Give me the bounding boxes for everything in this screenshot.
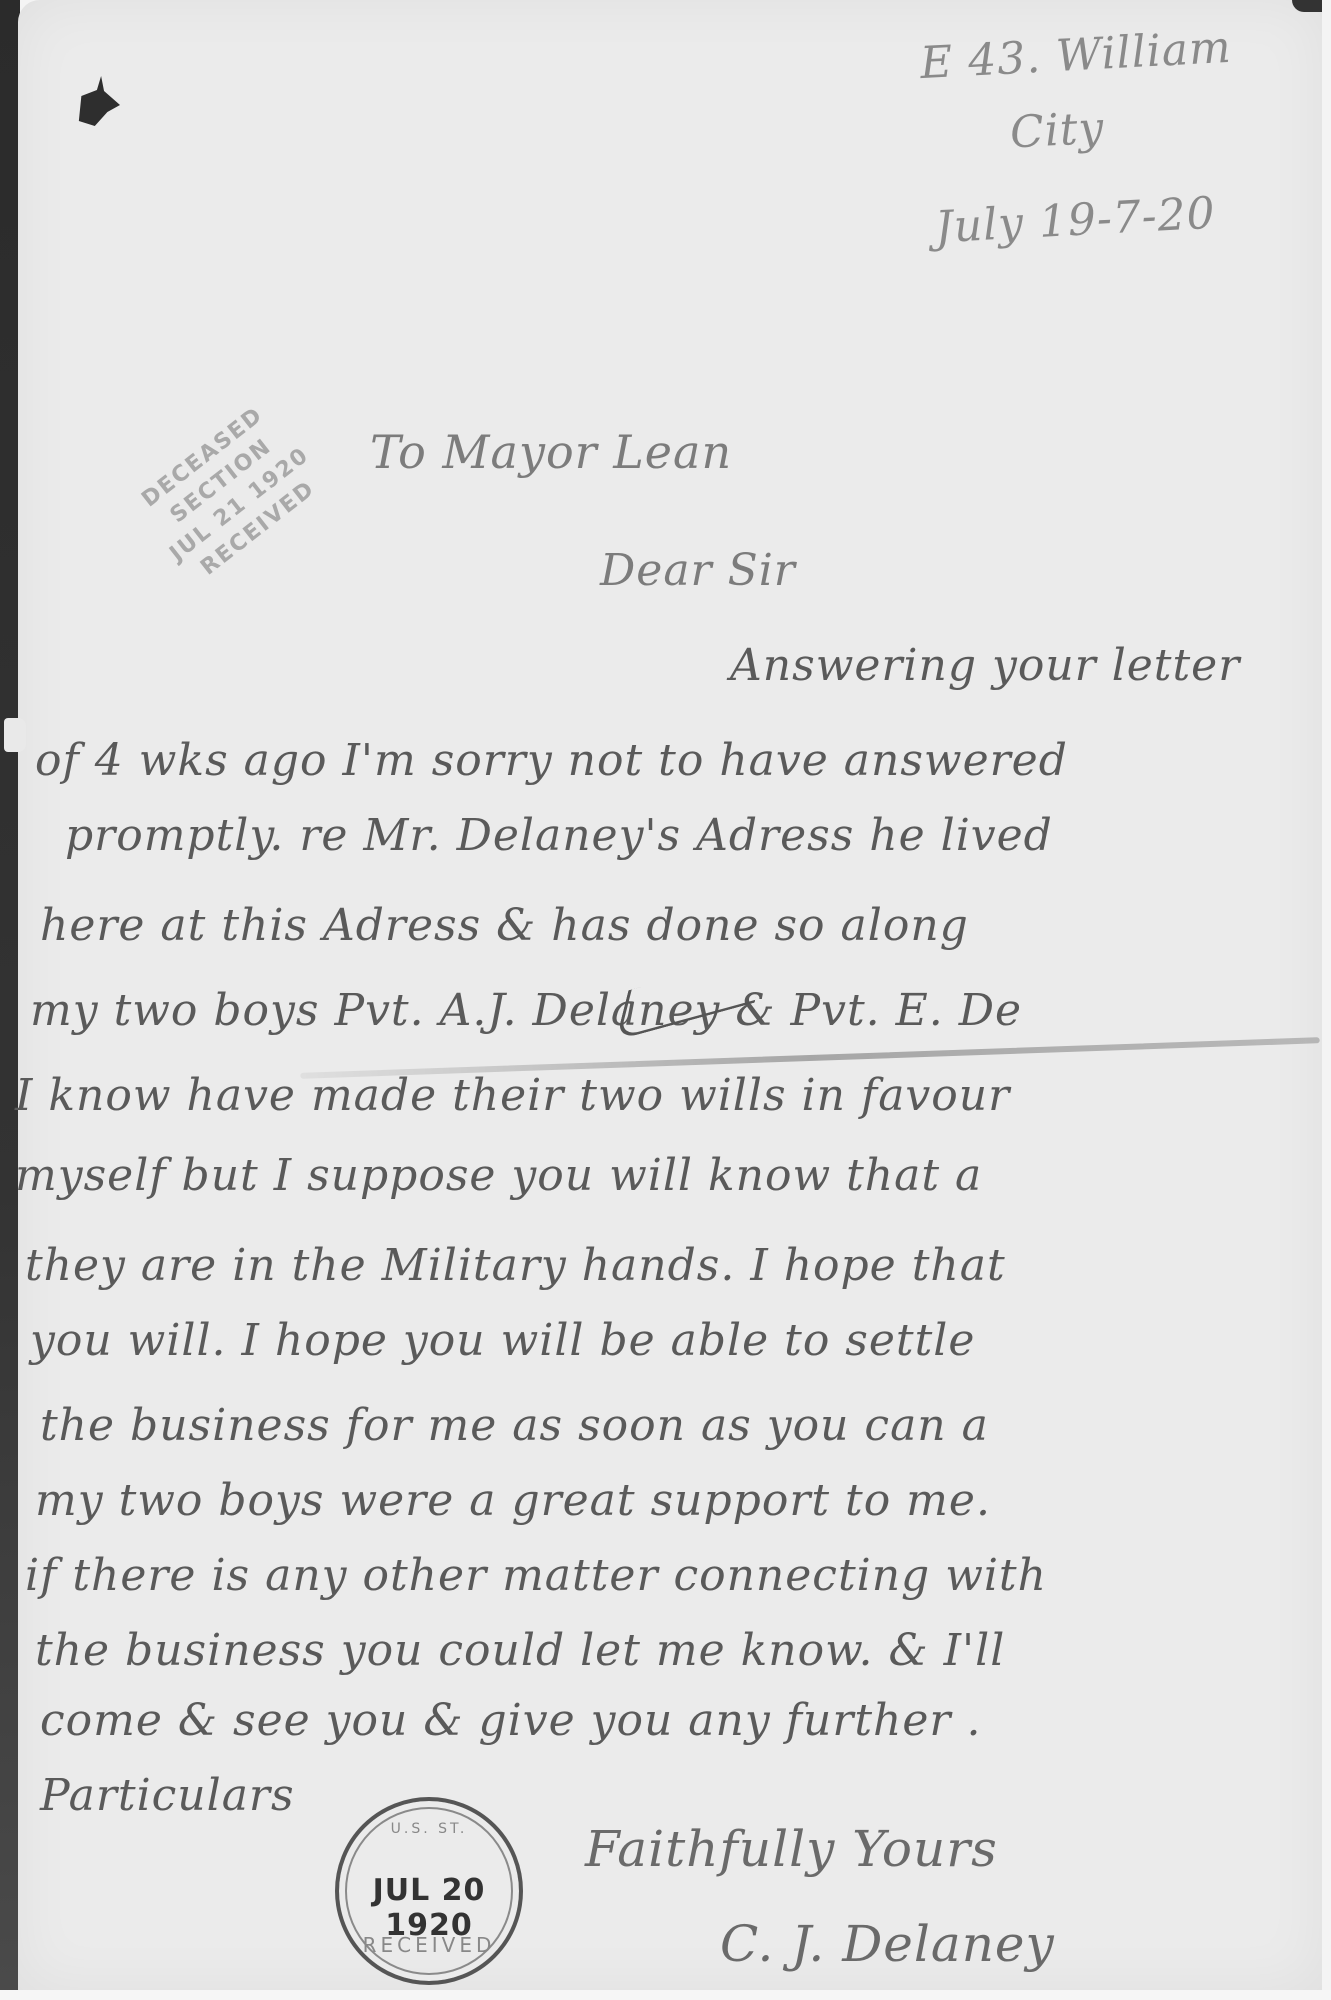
body-line: I know have made their two wills in favo… (15, 1070, 1010, 1121)
body-line: my two boys were a great support to me. (35, 1475, 991, 1526)
body-line: the business for me as soon as you can a (40, 1400, 989, 1451)
stamp-top-text: U.S. ST. (339, 1821, 519, 1837)
address-city: City (1009, 103, 1106, 159)
closing-line: Faithfully Yours (585, 1820, 998, 1878)
body-line: the business you could let me know. & I'… (35, 1625, 1005, 1676)
scan-bottom-margin (0, 1990, 1331, 2000)
body-line: myself but I suppose you will know that … (15, 1150, 982, 1201)
body-line: Particulars (40, 1770, 295, 1821)
body-line: they are in the Military hands. I hope t… (25, 1240, 1006, 1291)
body-line: promptly. re Mr. Delaney's Adress he liv… (65, 810, 1053, 861)
body-line: if there is any other matter connecting … (25, 1550, 1047, 1601)
recipient-line: To Mayor Lean (370, 425, 732, 479)
received-date-stamp: U.S. ST. JUL 20 1920 RECEIVED (335, 1797, 523, 1985)
greeting-line: Dear Sir (600, 545, 796, 596)
body-line: of 4 wks ago I'm sorry not to have answe… (35, 735, 1068, 786)
body-line: here at this Adress & has done so along (40, 900, 969, 951)
body-line: Answering your letter (730, 640, 1240, 691)
scan-dark-border (0, 0, 20, 1990)
body-line: come & see you & give you any further . (40, 1695, 981, 1746)
body-line: my two boys Pvt. A.J. Delaney & Pvt. E. … (30, 985, 1022, 1036)
paper-edge-tear (4, 718, 26, 752)
stamp-bottom-text: RECEIVED (339, 1933, 519, 1957)
signature: C. J. Delaney (720, 1915, 1055, 1973)
body-line: you will. I hope you will be able to set… (30, 1315, 975, 1366)
